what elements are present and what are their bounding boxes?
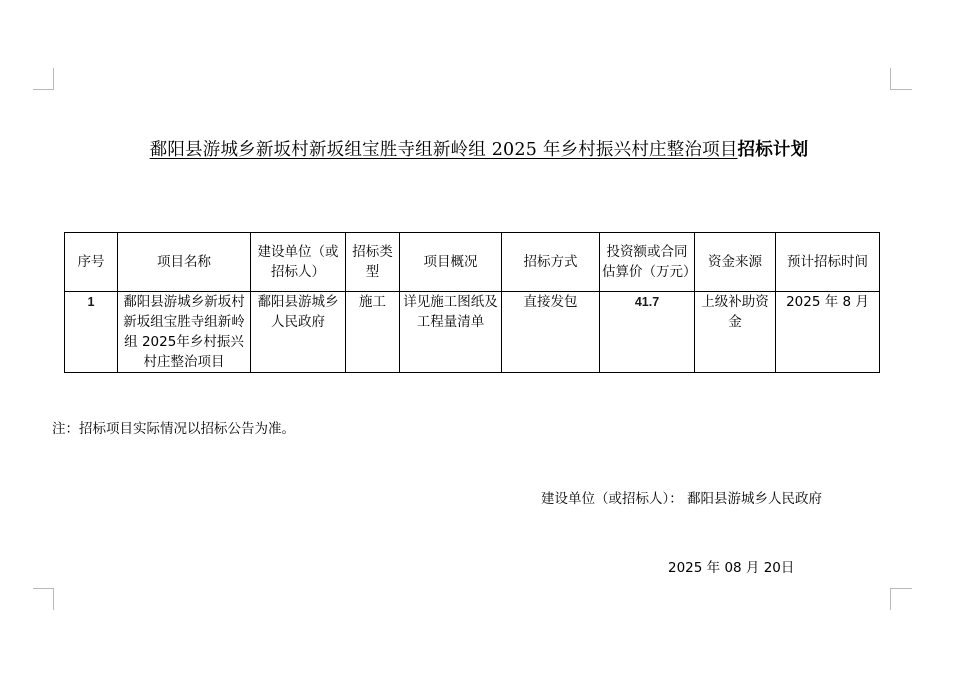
- note-text: 注：招标项目实际情况以招标公告为准。: [52, 417, 295, 437]
- cell-method: 直接发包: [502, 292, 600, 373]
- cell-type: 施工: [346, 292, 400, 373]
- page-corner-mark-bottom-right: [890, 588, 912, 610]
- table-header-row: 序号 项目名称 建设单位（或招标人） 招标类型 项目概况 招标方式 投资额或合同…: [65, 233, 880, 292]
- header-overview: 项目概况: [400, 233, 502, 292]
- bidding-plan-table: 序号 项目名称 建设单位（或招标人） 招标类型 项目概况 招标方式 投资额或合同…: [64, 232, 880, 373]
- header-index: 序号: [65, 233, 118, 292]
- cell-funding: 上级补助资金: [695, 292, 776, 373]
- header-type: 招标类型: [346, 233, 400, 292]
- header-funding: 资金来源: [695, 233, 776, 292]
- page-corner-mark-bottom-left: [33, 588, 54, 610]
- page-corner-mark-top-right: [890, 68, 912, 90]
- header-owner: 建设单位（或招标人）: [251, 233, 346, 292]
- document-title: 鄱阳县游城乡新坂村新坂组宝胜寺组新岭组 2025 年乡村振兴村庄整治项目招标计划: [0, 136, 958, 161]
- header-method: 招标方式: [502, 233, 600, 292]
- cell-time: 2025 年 8 月: [776, 292, 880, 373]
- cell-overview: 详见施工图纸及工程量清单: [400, 292, 502, 373]
- cell-index: 1: [65, 292, 118, 373]
- signature-line: 建设单位（或招标人）： 鄱阳县游城乡人民政府: [541, 487, 822, 507]
- document-date: 2025 年 08 月 20日: [668, 556, 794, 576]
- title-suffix: 招标计划: [738, 140, 809, 160]
- cell-project-name: 鄱阳县游城乡新坂村新坂组宝胜寺组新岭组 2025年乡村振兴村庄整治项目: [118, 292, 251, 373]
- title-main: 鄱阳县游城乡新坂村新坂组宝胜寺组新岭组 2025 年乡村振兴村庄整治项目: [150, 140, 738, 160]
- header-amount: 投资额或合同估算价（万元）: [600, 233, 695, 292]
- header-time: 预计招标时间: [776, 233, 880, 292]
- page-corner-mark-top-left: [33, 68, 54, 90]
- cell-owner: 鄱阳县游城乡人民政府: [251, 292, 346, 373]
- cell-amount: 41.7: [600, 292, 695, 373]
- header-project-name: 项目名称: [118, 233, 251, 292]
- table-row: 1 鄱阳县游城乡新坂村新坂组宝胜寺组新岭组 2025年乡村振兴村庄整治项目 鄱阳…: [65, 292, 880, 373]
